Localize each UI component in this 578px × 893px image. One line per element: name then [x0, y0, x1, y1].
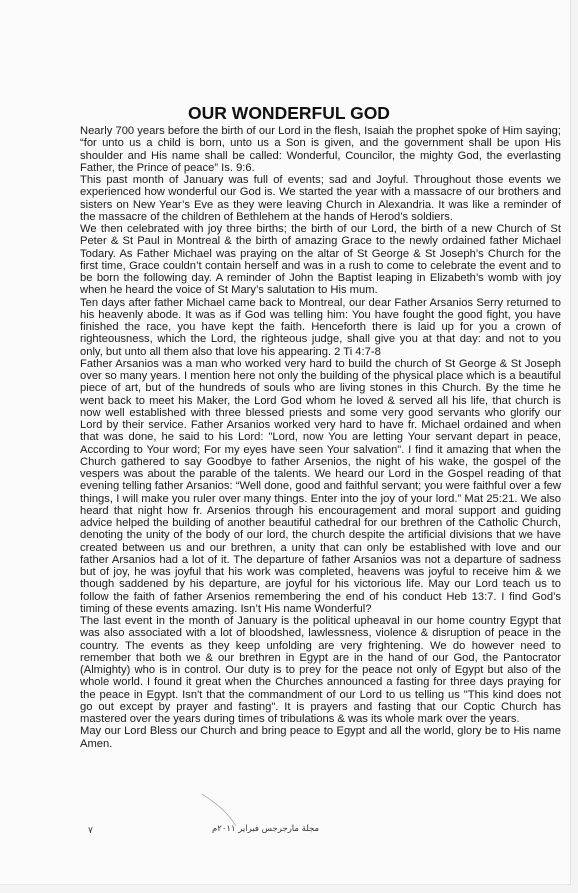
footer-caption: مجلة مارجرجس فبراير ٢٠١١م: [212, 824, 319, 834]
paragraph-egypt-upheaval: The last event in the month of January i…: [80, 615, 561, 725]
scanned-page: OUR WONDERFUL GOD Nearly 700 years befor…: [0, 0, 571, 885]
article-body: Nearly 700 years before the birth of our…: [80, 125, 561, 750]
paragraph-father-arsanios-legacy: Father Arsanios was a man who worked ver…: [80, 358, 561, 615]
article-title: OUR WONDERFUL GOD: [0, 103, 578, 124]
paragraph-father-arsanios-departure: Ten days after father Michael came back …: [80, 297, 561, 358]
paragraph-january-events: This past month of January was full of e…: [80, 174, 561, 223]
page-number: ٧: [88, 826, 93, 836]
paragraph-three-births: We then celebrated with joy three births…: [80, 223, 561, 297]
paragraph-closing-blessing: May our Lord Bless our Church and bring …: [80, 725, 561, 750]
paragraph-isaiah-prophecy: Nearly 700 years before the birth of our…: [80, 125, 561, 174]
